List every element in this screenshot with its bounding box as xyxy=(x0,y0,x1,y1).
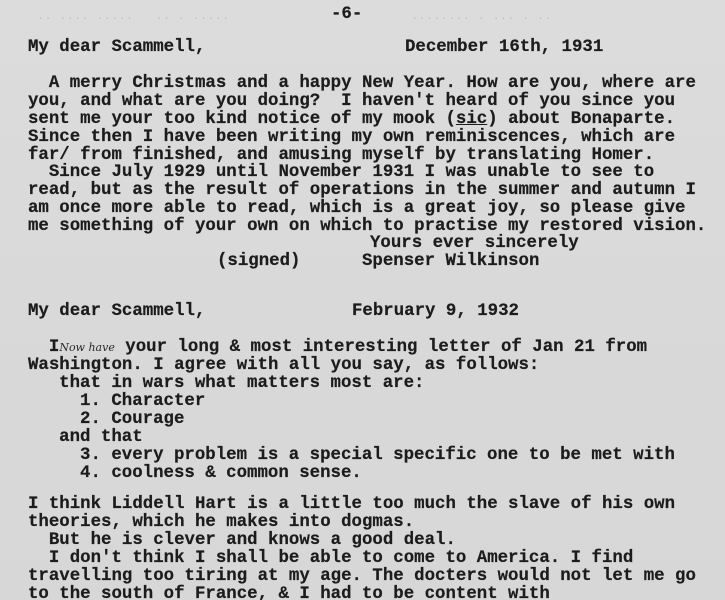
intro-rest: your long & most interesting letter of J… xyxy=(115,338,647,357)
letter1-line: am once more able to read, which is a gr… xyxy=(28,200,685,218)
letter2-salutation: My dear Scammell, xyxy=(28,303,205,321)
faint-header-left: ·· ···· ····· ·· · ····· xyxy=(38,10,230,28)
letter1-line: you, and what are you doing? I haven't h… xyxy=(28,93,675,111)
letter2-line: Washington. I agree with all you say, as… xyxy=(28,357,539,375)
letter2-line: that in wars what matters most are: xyxy=(7,375,424,393)
letter2-intro-line: INow have your long & most interesting l… xyxy=(28,339,647,357)
letter2-line: to the south of France, & I had to be co… xyxy=(28,586,550,600)
letter2-date: February 9, 1932 xyxy=(352,303,519,321)
letter1-salutation: My dear Scammell, xyxy=(28,39,205,57)
list-item: 4. coolness & common sense. xyxy=(7,465,362,483)
page-number: -6- xyxy=(331,6,362,24)
letter1-line: Since July 1929 until November 1931 I wa… xyxy=(28,164,654,182)
letter1-line: A merry Christmas and a happy New Year. … xyxy=(28,75,696,93)
letter2-line: But he is clever and knows a good deal. xyxy=(28,532,456,550)
letter2-line: and that xyxy=(7,429,143,447)
letter2-line: travelling too tiring at my age. The doc… xyxy=(28,568,696,586)
letter2-line: I think Liddell Hart is a little too muc… xyxy=(28,496,675,514)
letter2-line: theories, which he makes into dogmas. xyxy=(28,514,414,532)
list-item: 2. Courage xyxy=(7,411,184,429)
letter2-line: I don't think I shall be able to come to… xyxy=(28,550,633,568)
letter1-line: Since then I have been writing my own re… xyxy=(28,129,675,147)
letter1-line: read, but as the result of operations in… xyxy=(28,182,696,200)
letter1-date: December 16th, 1931 xyxy=(405,39,603,57)
handwritten-insertion: Now have xyxy=(59,341,115,354)
faint-header-right: ········ · ··· · ·· xyxy=(412,10,553,28)
letter1-closing: Yours ever sincerely xyxy=(370,235,579,253)
list-item: 1. Character xyxy=(7,393,205,411)
typewritten-page: ·· ···· ····· ·· · ····· -6- ········ · … xyxy=(0,0,725,600)
sic-underlined: sic xyxy=(456,110,487,129)
letter1-line: sent me your too kind notice of my mook … xyxy=(28,111,675,129)
list-item: 3. every problem is a special specific o… xyxy=(7,447,675,465)
letter1-signature: Spenser Wilkinson xyxy=(362,253,539,271)
letter1-signed-label: (signed) xyxy=(217,253,301,271)
letter1-line: me something of your own on which to pra… xyxy=(28,218,706,236)
intro-prefix: I xyxy=(28,338,59,357)
